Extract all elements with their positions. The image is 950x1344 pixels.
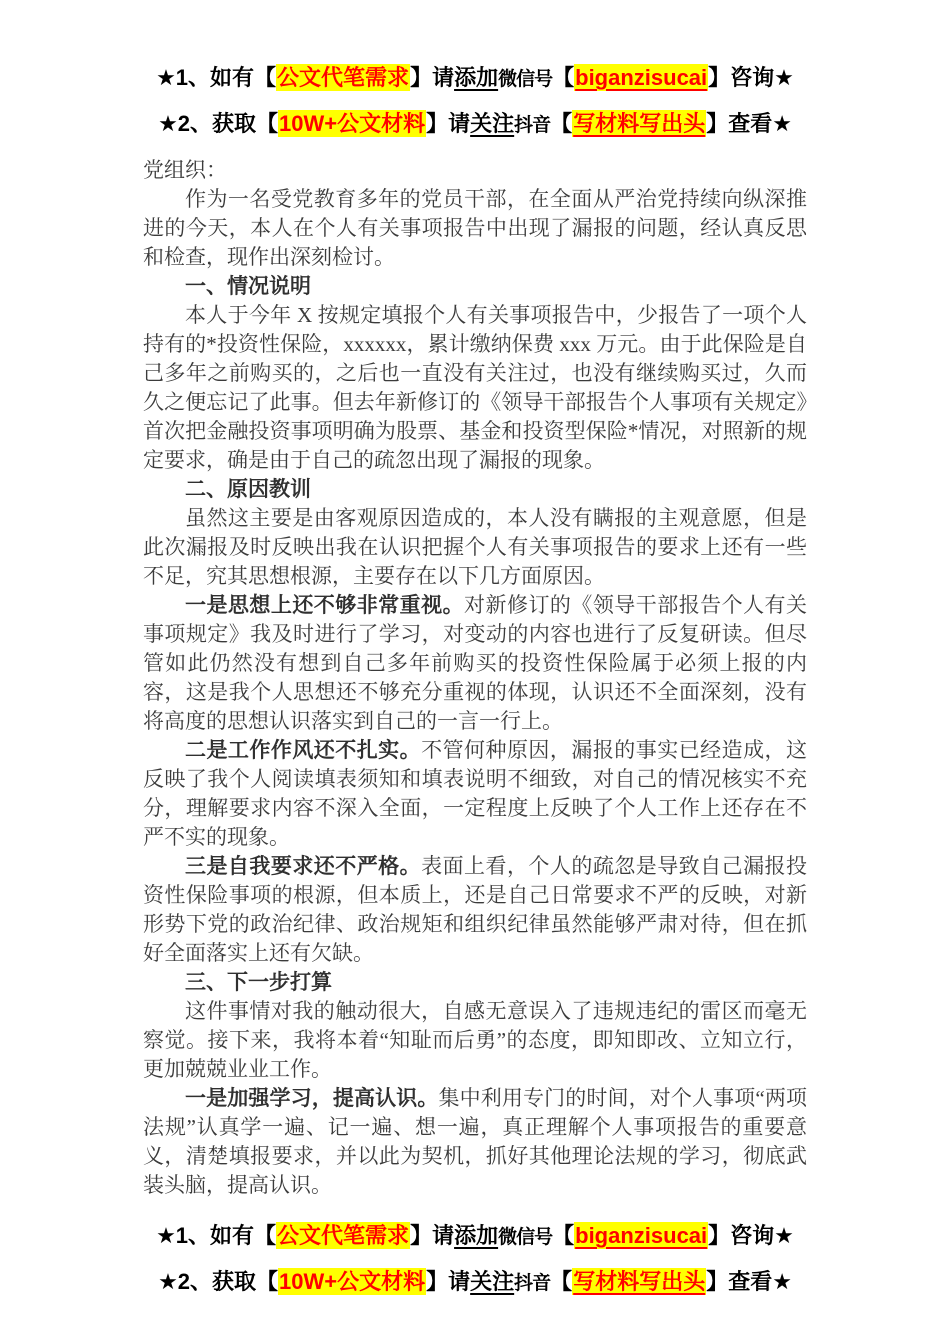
promo-text-segment: 】咨询★ [708, 65, 794, 90]
promo-banner-top: ★1、如有【公文代笔需求】请添加微信号【biganzisucai】咨询★★2、获… [143, 62, 807, 141]
highlighted-service-text: 公文代笔需求 [276, 1222, 410, 1249]
highlighted-service-text: 公文代笔需求 [276, 64, 410, 91]
promo-text-segment: 】查看★ [706, 1269, 792, 1294]
body-text: 本人于今年 X 按规定填报个人有关事项报告中，少报告了一项个人持有的*投资性保险… [143, 303, 807, 472]
promo-text-segment: ★1、如有【 [156, 1223, 276, 1248]
wechat-id-text: biganzisucai [574, 1222, 708, 1249]
add-action-text: 添加 [454, 65, 498, 90]
wechat-id-text: biganzisucai [574, 64, 708, 91]
douyin-account-text: 写材料写出头 [572, 1268, 706, 1295]
add-action-text: 添加 [454, 1223, 498, 1248]
section-heading-3: 三、下一步打算 [143, 968, 807, 997]
douyin-label-text: 抖音 [514, 115, 550, 136]
bold-lead-text: 三、下一步打算 [185, 970, 332, 994]
section-heading-1: 一、情况说明 [143, 272, 807, 301]
greeting: 党组织： [143, 156, 807, 185]
body-text: 虽然这主要是由客观原因造成的，本人没有瞒报的主观意愿，但是此次漏报及时反映出我在… [143, 506, 807, 588]
promo-text-segment: 】请 [410, 1223, 454, 1248]
promo-text-segment: 【 [550, 111, 572, 136]
promo-banner-bottom: ★1、如有【公文代笔需求】请添加微信号【biganzisucai】咨询★★2、获… [143, 1220, 807, 1299]
promo-text-segment: ★1、如有【 [156, 65, 276, 90]
paragraph-reason-2: 二是工作作风还不扎实。不管何种原因，漏报的事实已经造成，这反映了我个人阅读填表须… [143, 736, 807, 852]
promo-text-segment: 】查看★ [706, 111, 792, 136]
bold-lead-text: 二、原因教训 [185, 477, 311, 501]
follow-action-text: 关注 [470, 1269, 514, 1294]
document-page: ★1、如有【公文代笔需求】请添加微信号【biganzisucai】咨询★★2、获… [0, 0, 950, 1344]
promo-text-segment: 】请 [426, 1269, 470, 1294]
follow-action-text: 关注 [470, 111, 514, 136]
bold-lead-text: 一是思想上还不够非常重视。 [185, 593, 464, 617]
paragraph-reason-1: 一是思想上还不够非常重视。对新修订的《领导干部报告个人有关事项规定》我及时进行了… [143, 591, 807, 736]
promo-text-segment: 】请 [426, 111, 470, 136]
promo-line-writing-service: ★1、如有【公文代笔需求】请添加微信号【biganzisucai】咨询★ [143, 62, 807, 95]
promo-text-segment: 】咨询★ [708, 1223, 794, 1248]
paragraph-reason-3: 三是自我要求还不严格。表面上看，个人的疏忽是导致自己漏报投资性保险事项的根源，但… [143, 852, 807, 968]
promo-line-writing-service: ★1、如有【公文代笔需求】请添加微信号【biganzisucai】咨询★ [143, 1220, 807, 1253]
paragraph-intro: 作为一名受党教育多年的党员干部，在全面从严治党持续向纵深推进的今天，本人在个人有… [143, 185, 807, 272]
wechat-label-text: 微信号 [498, 69, 552, 90]
wechat-label-text: 微信号 [498, 1227, 552, 1248]
paragraph-situation: 本人于今年 X 按规定填报个人有关事项报告中，少报告了一项个人持有的*投资性保险… [143, 301, 807, 475]
body-text: 党组织： [143, 158, 227, 182]
promo-text-segment: 【 [552, 1223, 574, 1248]
promo-text-segment: 【 [550, 1269, 572, 1294]
bold-lead-text: 一是加强学习，提高认识。 [185, 1086, 439, 1110]
document-body: 党组织：作为一名受党教育多年的党员干部，在全面从严治党持续向纵深推进的今天，本人… [143, 156, 807, 1200]
paragraph-plan-1: 一是加强学习，提高认识。集中利用专门的时间，对个人事项“两项法规”认真学一遍、记… [143, 1084, 807, 1200]
promo-text-segment: 】请 [410, 65, 454, 90]
promo-text-segment: ★2、获取【 [158, 111, 278, 136]
body-text: 作为一名受党教育多年的党员干部，在全面从严治党持续向纵深推进的今天，本人在个人有… [143, 187, 807, 269]
promo-line-materials: ★2、获取【10W+公文材料】请关注抖音【写材料写出头】查看★ [143, 1266, 807, 1299]
promo-text-segment: ★2、获取【 [158, 1269, 278, 1294]
bold-lead-text: 二是工作作风还不扎实。 [185, 738, 421, 762]
douyin-label-text: 抖音 [514, 1273, 550, 1294]
bold-lead-text: 一、情况说明 [185, 274, 311, 298]
body-text: 这件事情对我的触动很大，自感无意误入了违规违纪的雷区而毫无察觉。接下来，我将本着… [143, 999, 807, 1081]
section-heading-2: 二、原因教训 [143, 475, 807, 504]
highlighted-materials-text: 10W+公文材料 [278, 110, 426, 137]
paragraph-plan-intro: 这件事情对我的触动很大，自感无意误入了违规违纪的雷区而毫无察觉。接下来，我将本着… [143, 997, 807, 1084]
paragraph-reason-intro: 虽然这主要是由客观原因造成的，本人没有瞒报的主观意愿，但是此次漏报及时反映出我在… [143, 504, 807, 591]
bold-lead-text: 三是自我要求还不严格。 [185, 854, 421, 878]
douyin-account-text: 写材料写出头 [572, 110, 706, 137]
promo-line-materials: ★2、获取【10W+公文材料】请关注抖音【写材料写出头】查看★ [143, 108, 807, 141]
highlighted-materials-text: 10W+公文材料 [278, 1268, 426, 1295]
promo-text-segment: 【 [552, 65, 574, 90]
